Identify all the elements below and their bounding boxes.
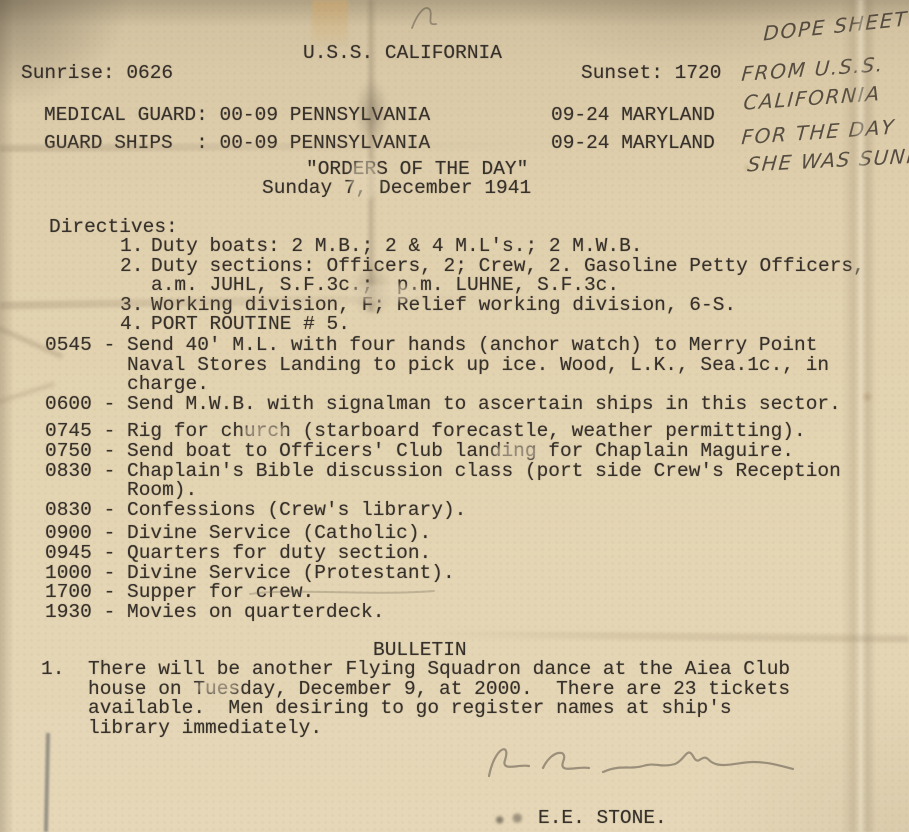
schedule-dash: - <box>92 501 127 521</box>
schedule-entry: 0900 - Divine Service (Catholic). <box>45 524 841 544</box>
directive-item: 2. Duty sections: Officers, 2; Crew, 2. … <box>120 257 865 296</box>
schedule-dash: - <box>92 395 127 415</box>
pencil-mark <box>402 2 450 34</box>
directive-item: 4. PORT ROUTINE # 5. <box>120 315 865 335</box>
bulletin-text: There will be another Flying Squadron da… <box>88 660 790 738</box>
schedule-time: 0900 <box>45 524 92 544</box>
schedule-text: Movies on quarterdeck. <box>127 603 384 623</box>
directive-text: Duty boats: 2 M.B.; 2 & 4 M.L's.; 2 M.W.… <box>151 237 642 257</box>
schedule-entry: 0945 - Quarters for duty section. <box>45 544 841 564</box>
schedule-text: Send boat to Officers' Club landing for … <box>127 442 794 462</box>
ink-line <box>44 733 50 832</box>
schedule-time: 0830 <box>45 462 92 482</box>
schedule-time: 0545 <box>45 336 92 356</box>
directive-text: PORT ROUTINE # 5. <box>151 315 350 335</box>
directive-number: 4. <box>120 315 151 335</box>
schedule-entry: 0830 - Chaplain's Bible discussion class… <box>45 462 841 501</box>
dope-sheet-document: { "header": { "ship_title": "U.S.S. CALI… <box>0 0 909 832</box>
schedule-text: Quarters for duty section. <box>127 544 431 564</box>
schedule-dash: - <box>92 336 127 356</box>
schedule-dash: - <box>92 603 127 623</box>
handwritten-note-line: FROM U.S.S. <box>741 52 885 86</box>
schedule-entry: 1930 - Movies on quarterdeck. <box>45 603 841 623</box>
schedule-dash: - <box>92 583 127 603</box>
schedule-time: 0750 <box>45 442 92 462</box>
directive-number: 1. <box>120 237 151 257</box>
directives-list: 1. Duty boats: 2 M.B.; 2 & 4 M.L's.; 2 M… <box>120 237 865 335</box>
pencil-stray-line <box>248 585 438 599</box>
sunrise-value: Sunrise: 0626 <box>21 64 173 84</box>
schedule-entry: 1700 - Supper for crew. <box>45 583 841 603</box>
signature-name: E.E. STONE. <box>538 809 667 829</box>
guard-assignments-left: MEDICAL GUARD: 00-09 PENNSYLVANIA GUARD … <box>44 102 430 157</box>
directive-number: 2. <box>120 257 151 277</box>
schedule-dash: - <box>92 442 127 462</box>
paper-crease <box>430 630 909 642</box>
handwritten-note-line: FOR THE DAY <box>741 115 896 150</box>
bulletin-item: 1. There will be another Flying Squadron… <box>41 660 790 738</box>
handwritten-note-line: SHE WAS SUNK <box>746 143 909 176</box>
sunset-value: Sunset: 1720 <box>581 64 721 84</box>
schedule-time: 0945 <box>45 544 92 564</box>
schedule-entry: 0750 - Send boat to Officers' Club landi… <box>45 442 841 462</box>
schedule-dash: - <box>92 544 127 564</box>
schedule-time: 0830 <box>45 501 92 521</box>
schedule-entry: 0600 - Send M.W.B. with signalman to asc… <box>45 395 841 415</box>
schedule-time: 0600 <box>45 395 92 415</box>
schedule-time: 1700 <box>45 583 92 603</box>
directive-text: Duty sections: Officers, 2; Crew, 2. Gas… <box>151 257 865 296</box>
paper-stain <box>312 0 348 48</box>
schedule-entry: 0830 - Confessions (Crew's library). <box>45 501 841 521</box>
handwritten-note-line: CALIFORNIA <box>743 81 882 114</box>
bulletin-number: 1. <box>41 660 88 680</box>
schedule-text: Divine Service (Catholic). <box>127 524 431 544</box>
schedule-list: 0545 - Send 40' M.L. with four hands (an… <box>45 336 841 622</box>
ship-title: U.S.S. CALIFORNIA <box>303 44 502 64</box>
schedule-text: Confessions (Crew's library). <box>127 501 466 521</box>
handwritten-note-line: DOPE SHEET <box>763 7 909 46</box>
guard-assignments-right: 09-24 MARYLAND 09-24 MARYLAND <box>551 102 715 157</box>
directive-item: 1. Duty boats: 2 M.B.; 2 & 4 M.L's.; 2 M… <box>120 237 865 257</box>
schedule-text: Send 40' M.L. with four hands (anchor wa… <box>127 336 829 395</box>
schedule-time: 1930 <box>45 603 92 623</box>
page-date: Sunday 7, December 1941 <box>262 179 531 199</box>
schedule-text: Send M.W.B. with signalman to ascertain … <box>127 395 841 415</box>
ink-smudge <box>490 810 534 828</box>
signature-scribble <box>485 738 800 786</box>
schedule-text: Chaplain's Bible discussion class (port … <box>127 462 841 501</box>
schedule-dash: - <box>92 524 127 544</box>
schedule-entry: 0545 - Send 40' M.L. with four hands (an… <box>45 336 841 395</box>
schedule-dash: - <box>92 462 127 482</box>
